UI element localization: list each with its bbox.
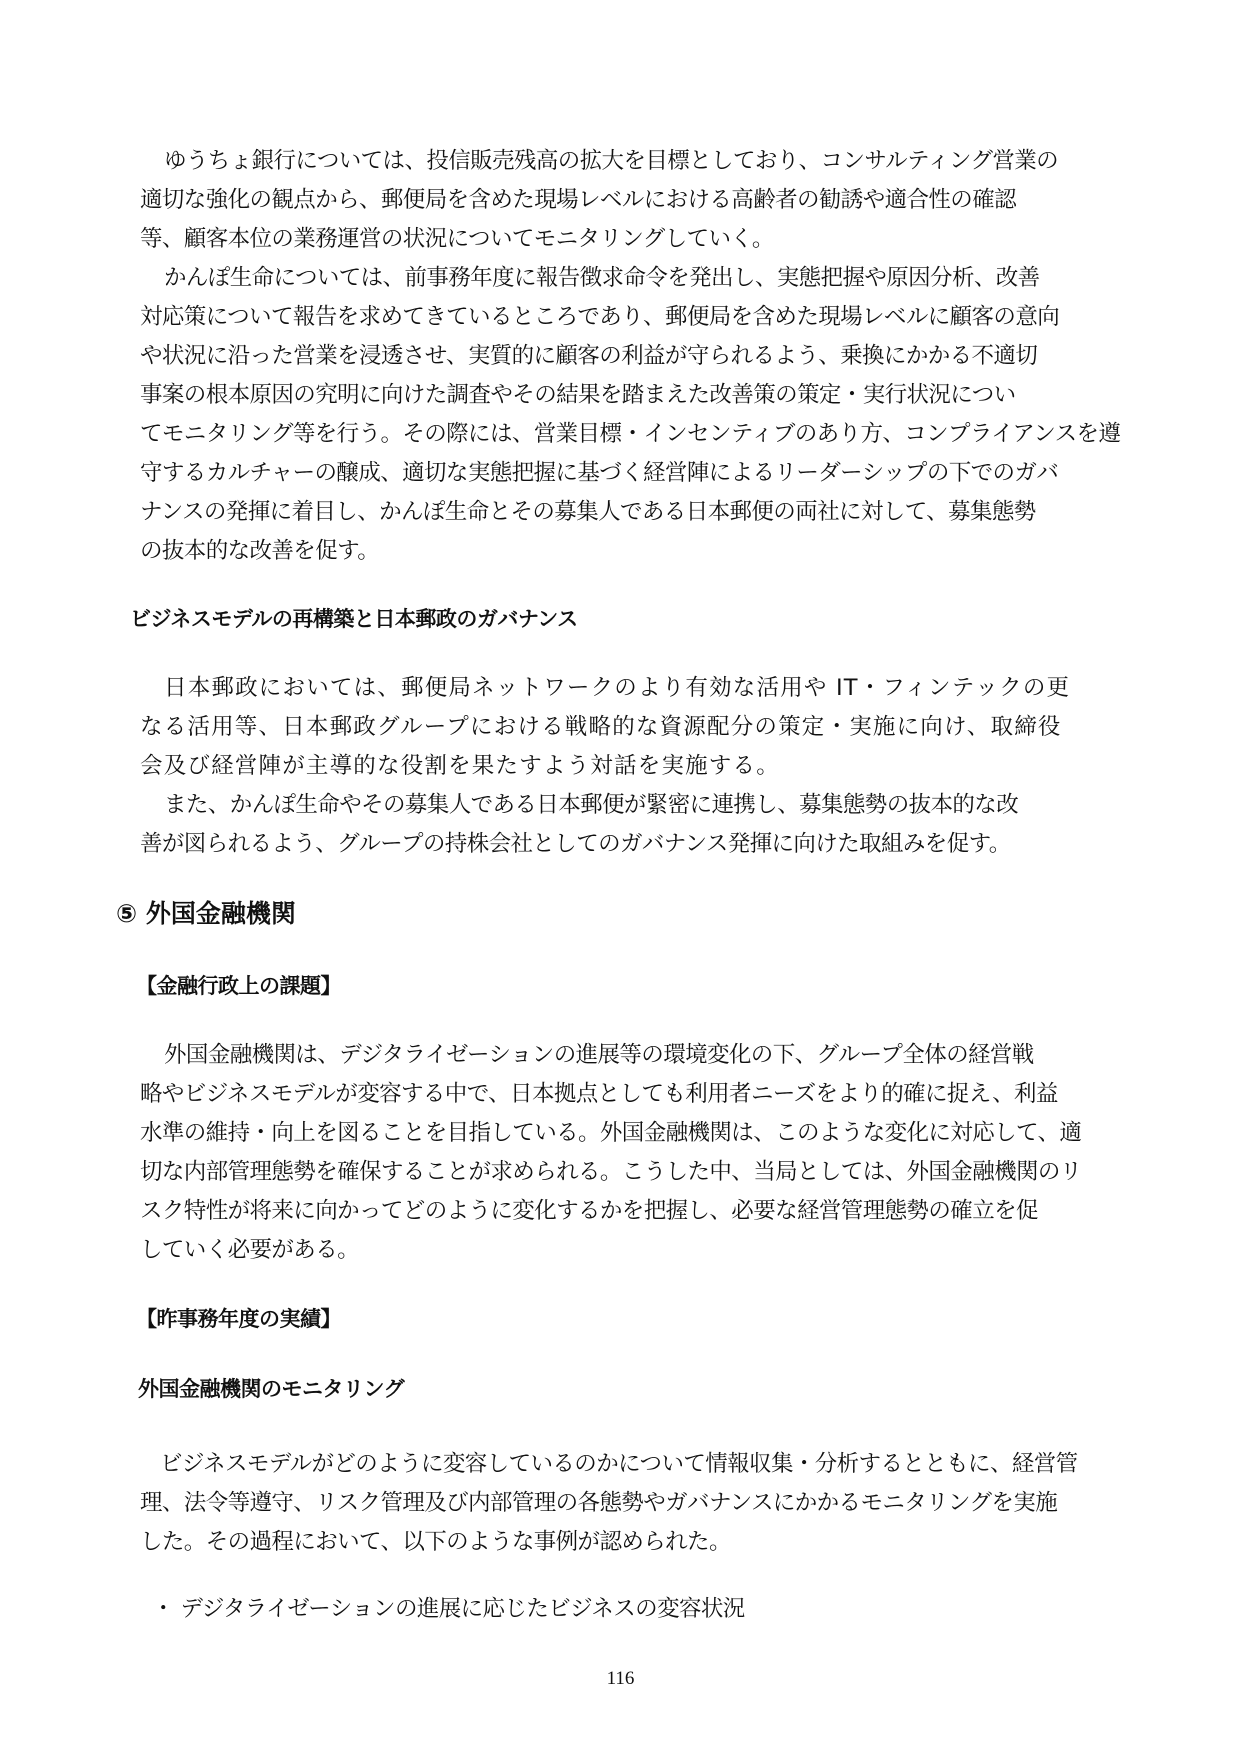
text-line: 水準の維持・向上を図ることを目指している。外国金融機関は、このような変化に対応し… (140, 1118, 1081, 1148)
text-line: ビジネスモデルがどのように変容しているのかについて情報収集・分析するとともに、経… (160, 1449, 1078, 1479)
heading-business-model: ビジネスモデルの再構築と日本郵政のガバナンス (130, 604, 578, 634)
text-line: また、かんぽ生命やその募集人である日本郵便が緊密に連携し、募集態勢の抜本的な改 (164, 790, 1018, 820)
text-line: てモニタリング等を行う。その際には、営業目標・インセンティブのあり方、コンプライ… (140, 419, 1120, 449)
text-line: 理、法令等遵守、リスク管理及び内部管理の各態勢やガバナンスにかかるモニタリングを… (140, 1488, 1057, 1518)
text-line: 適切な強化の観点から、郵便局を含めた現場レベルにおける高齢者の勧誘や適合性の確認 (140, 185, 1016, 215)
heading-results: 【昨事務年度の実績】 (136, 1304, 341, 1334)
text-line: の抜本的な改善を促す。 (140, 536, 379, 566)
text-line: ゆうちょ銀行については、投信販売残高の拡大を目標としており、コンサルティング営業… (164, 146, 1058, 176)
section-title: ⑤ 外国金融機関 (116, 897, 296, 931)
text-line: 守するカルチャーの醸成、適切な実態把握に基づく経営陣によるリーダーシップの下での… (140, 458, 1058, 488)
text-line: なる活用等、日本郵政グループにおける戦略的な資源配分の策定・実施に向け、取締役 (140, 712, 1062, 742)
text-line: 会及び経営陣が主導的な役割を果たすよう対話を実施する。 (140, 751, 780, 781)
text-line: かんぽ生命については、前事務年度に報告徴求命令を発出し、実態把握や原因分析、改善 (164, 263, 1040, 293)
text-line: 等、顧客本位の業務運営の状況についてモニタリングしていく。 (140, 224, 774, 254)
text-line: 切な内部管理態勢を確保することが求められる。こうした中、当局としては、外国金融機… (140, 1157, 1082, 1187)
text-line: 善が図られるよう、グループの持株会社としてのガバナンス発揮に向けた取組みを促す。 (140, 829, 1011, 859)
text-line: 略やビジネスモデルが変容する中で、日本拠点としても利用者ニーズをより的確に捉え、… (140, 1079, 1058, 1109)
text-line: 外国金融機関は、デジタライゼーションの進展等の環境変化の下、グループ全体の経営戦 (164, 1040, 1034, 1070)
text-line: 対応策について報告を求めてきているところであり、郵便局を含めた現場レベルに顧客の… (140, 302, 1059, 332)
text-line: 事案の根本原因の究明に向けた調査やその結果を踏まえた改善策の策定・実行状況につい (140, 380, 1016, 410)
bullet-item: ・ デジタライゼーションの進展に応じたビジネスの変容状況 (152, 1594, 745, 1624)
text-line: ナンスの発揮に着目し、かんぽ生命とその募集人である日本郵便の両社に対して、募集態… (140, 497, 1036, 527)
text-line: 日本郵政においては、郵便局ネットワークのより有効な活用や IT・フィンテックの更 (164, 673, 1070, 703)
heading-monitoring: 外国金融機関のモニタリング (138, 1374, 404, 1404)
heading-issues: 【金融行政上の課題】 (136, 971, 341, 1001)
text-line: した。その過程において、以下のような事例が認められた。 (140, 1527, 731, 1557)
text-line: していく必要がある。 (140, 1235, 359, 1265)
text-line: スク特性が将来に向かってどのように変化するかを把握し、必要な経営管理態勢の確立を… (140, 1196, 1038, 1226)
page-number: 116 (0, 1668, 1241, 1690)
text-line: や状況に沿った営業を浸透させ、実質的に顧客の利益が守られるよう、乗換にかかる不適… (140, 341, 1037, 371)
